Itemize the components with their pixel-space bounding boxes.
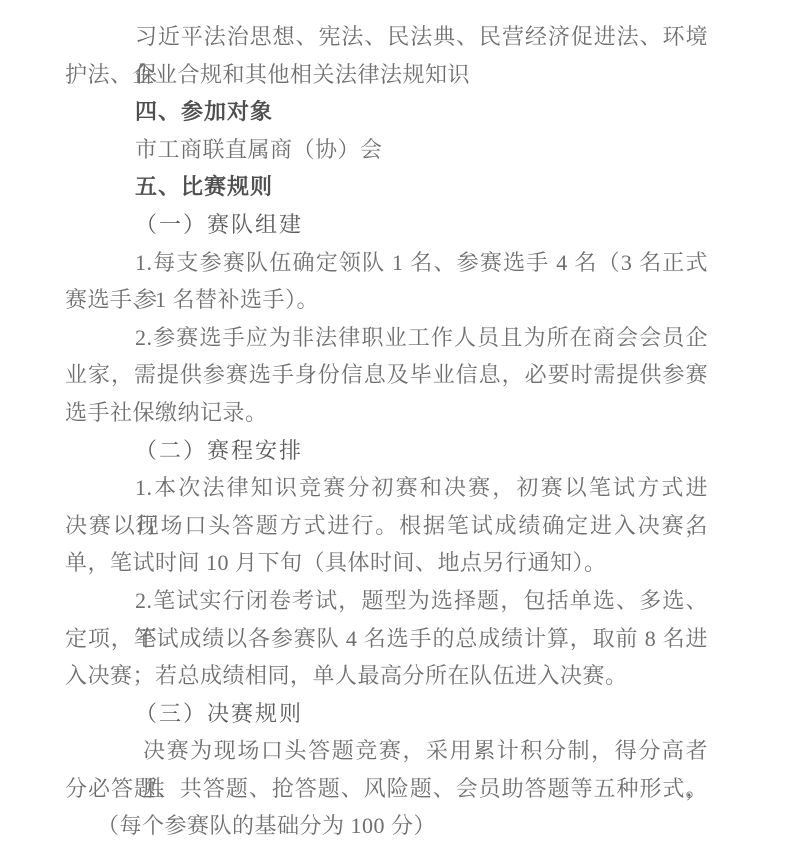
text-line: 赛选手、1 名替补选手）。 — [65, 281, 708, 319]
text-line: 习近平法治思想、宪法、民法典、民营经济促进法、环境保 — [65, 18, 708, 56]
text-line: 业家，需提供参赛选手身份信息及毕业信息，必要时需提供参赛 — [65, 356, 708, 394]
section-heading-4: 四、参加对象 — [65, 93, 708, 131]
subsection-heading-1: （一）赛队组建 — [65, 206, 708, 244]
text-line: 2.笔试实行闭卷考试，题型为选择题，包括单选、多选、不 — [65, 582, 708, 620]
text-line: 2.参赛选手应为非法律职业工作人员且为所在商会会员企 — [65, 319, 708, 357]
subsection-heading-3: （三）决赛规则 — [65, 695, 708, 733]
text-line: 市工商联直属商（协）会 — [65, 131, 708, 169]
text-line: 护法、企业合规和其他相关法律法规知识 — [65, 56, 708, 94]
text-line: 决赛为现场口头答题竞赛，采用累计积分制，得分高者胜， — [65, 732, 708, 770]
document-text-block: 习近平法治思想、宪法、民法典、民营经济促进法、环境保 护法、企业合规和其他相关法… — [65, 18, 708, 845]
text-line: 定项，笔试成绩以各参赛队 4 名选手的总成绩计算，取前 8 名进 — [65, 620, 708, 658]
text-line: 入决赛；若总成绩相同，单人最高分所在队伍进入决赛。 — [65, 657, 708, 695]
subsection-heading-2: （二）赛程安排 — [65, 432, 708, 470]
section-heading-5: 五、比赛规则 — [65, 168, 708, 206]
text-line: 单，笔试时间 10 月下旬（具体时间、地点另行通知）。 — [65, 544, 708, 582]
text-line: 1.本次法律知识竞赛分初赛和决赛，初赛以笔试方式进行， — [65, 469, 708, 507]
text-line: 决赛以现场口头答题方式进行。根据笔试成绩确定进入决赛名 — [65, 507, 708, 545]
text-line: （每个参赛队的基础分为 100 分） — [65, 807, 708, 845]
text-line: 1.每支参赛队伍确定领队 1 名、参赛选手 4 名（3 名正式参 — [65, 244, 708, 282]
document-page: 习近平法治思想、宪法、民法典、民营经济促进法、环境保 护法、企业合规和其他相关法… — [0, 0, 790, 857]
text-line: 选手社保缴纳记录。 — [65, 394, 708, 432]
text-line: 分必答题、共答题、抢答题、风险题、会员助答题等五种形式。 — [65, 770, 708, 808]
